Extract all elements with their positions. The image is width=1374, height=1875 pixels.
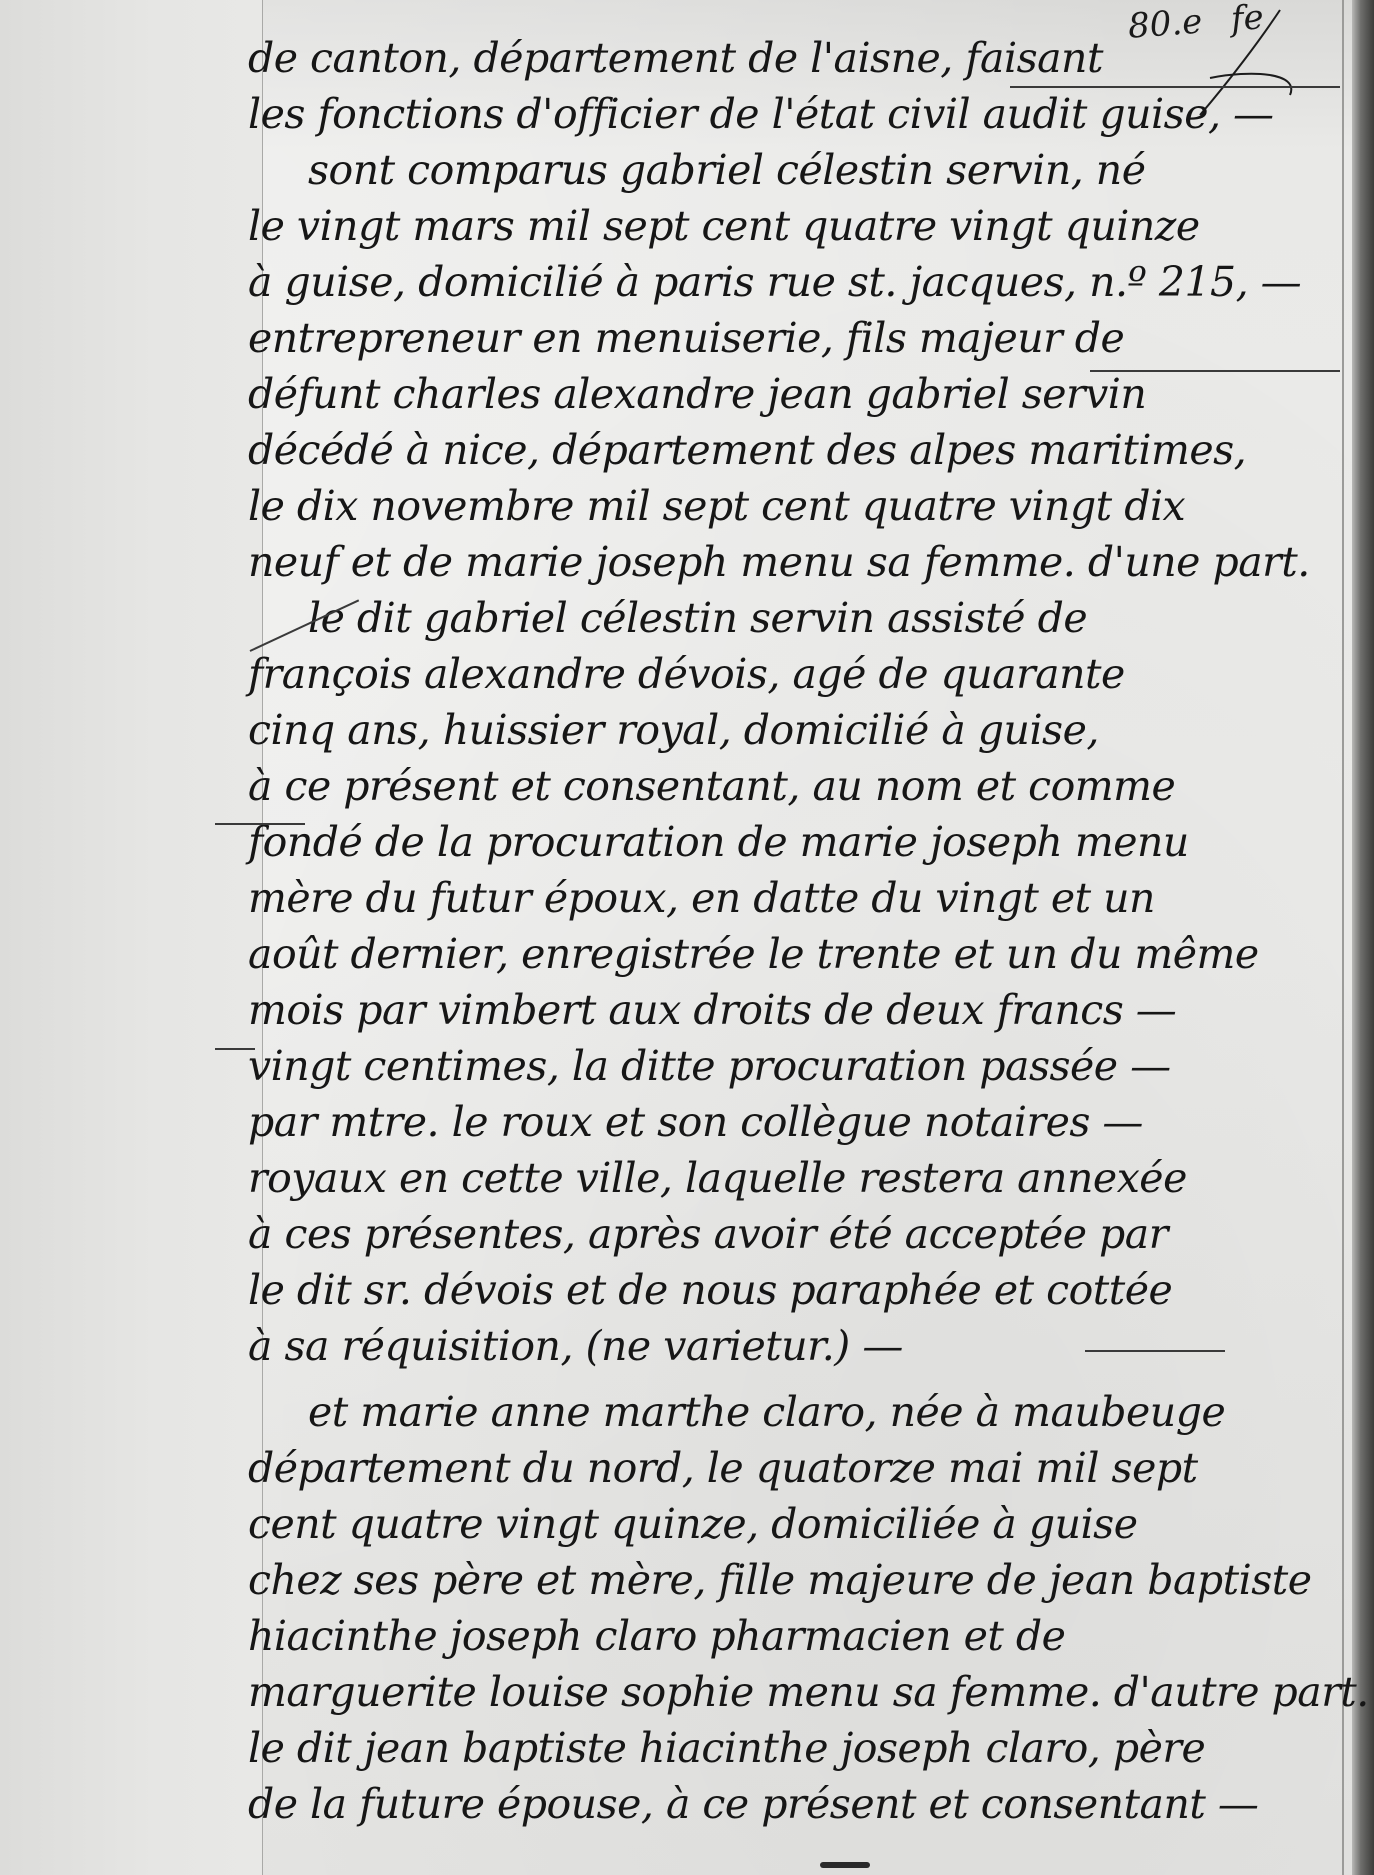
text-line: neuf et de marie joseph menu sa femme. d… (248, 532, 1310, 592)
text-line: fondé de la procuration de marie joseph … (248, 812, 1189, 872)
text-line: cinq ans, huissier royal, domicilié à gu… (248, 700, 1099, 760)
margin-stroke (215, 1048, 255, 1050)
text-line: sont comparus gabriel célestin servin, n… (248, 140, 1145, 200)
text-line: de la future épouse, à ce présent et con… (248, 1774, 1258, 1834)
text-line: le dit jean baptiste hiacinthe joseph cl… (248, 1718, 1205, 1778)
text-line: les fonctions d'officier de l'état civil… (248, 84, 1274, 144)
text-line: françois alexandre dévois, agé de quaran… (248, 644, 1125, 704)
text-line: à ce présent et consentant, au nom et co… (248, 756, 1175, 816)
text-line: à sa réquisition, (ne varietur.) — (248, 1316, 903, 1376)
text-line: août dernier, enregistrée le trente et u… (248, 924, 1259, 984)
page-binding-edge (1352, 0, 1374, 1875)
text-line: département du nord, le quatorze mai mil… (248, 1438, 1198, 1498)
text-line: royaux en cette ville, laquelle restera … (248, 1148, 1187, 1208)
margin-stroke (215, 823, 305, 825)
flourish-stroke (1085, 1350, 1225, 1352)
text-line: hiacinthe joseph claro pharmacien et de (248, 1606, 1065, 1666)
text-line: vingt centimes, la ditte procuration pas… (248, 1036, 1171, 1096)
text-line: mère du futur époux, en datte du vingt e… (248, 868, 1155, 928)
flourish-stroke (1090, 370, 1340, 372)
text-line: défunt charles alexandre jean gabriel se… (248, 364, 1146, 424)
text-line: le vingt mars mil sept cent quatre vingt… (248, 196, 1200, 256)
document-page: 80.e fe de canton, département de l'aisn… (0, 0, 1374, 1875)
text-line: entrepreneur en menuiserie, fils majeur … (248, 308, 1124, 368)
flourish-stroke (1010, 86, 1340, 88)
text-line: par mtre. le roux et son collègue notair… (248, 1092, 1143, 1152)
text-line: le dit sr. dévois et de nous paraphée et… (248, 1260, 1172, 1320)
text-line: décédé à nice, département des alpes mar… (248, 420, 1246, 480)
text-line: cent quatre vingt quinze, domiciliée à g… (248, 1494, 1137, 1554)
binding-rule (1342, 0, 1344, 1875)
text-line: et marie anne marthe claro, née à maubeu… (248, 1382, 1225, 1442)
text-line: à ces présentes, après avoir été accepté… (248, 1204, 1168, 1264)
text-line: mois par vimbert aux droits de deux fran… (248, 980, 1176, 1040)
text-line: marguerite louise sophie menu sa femme. … (248, 1662, 1369, 1722)
text-line: à guise, domicilié à paris rue st. jacqu… (248, 252, 1301, 312)
text-line: chez ses père et mère, fille majeure de … (248, 1550, 1312, 1610)
text-line: le dit gabriel célestin servin assisté d… (248, 588, 1087, 648)
text-line: le dix novembre mil sept cent quatre vin… (248, 476, 1185, 536)
left-margin-blank (0, 0, 262, 1875)
text-line: de canton, département de l'aisne, faisa… (248, 28, 1103, 88)
ink-mark (820, 1862, 870, 1868)
